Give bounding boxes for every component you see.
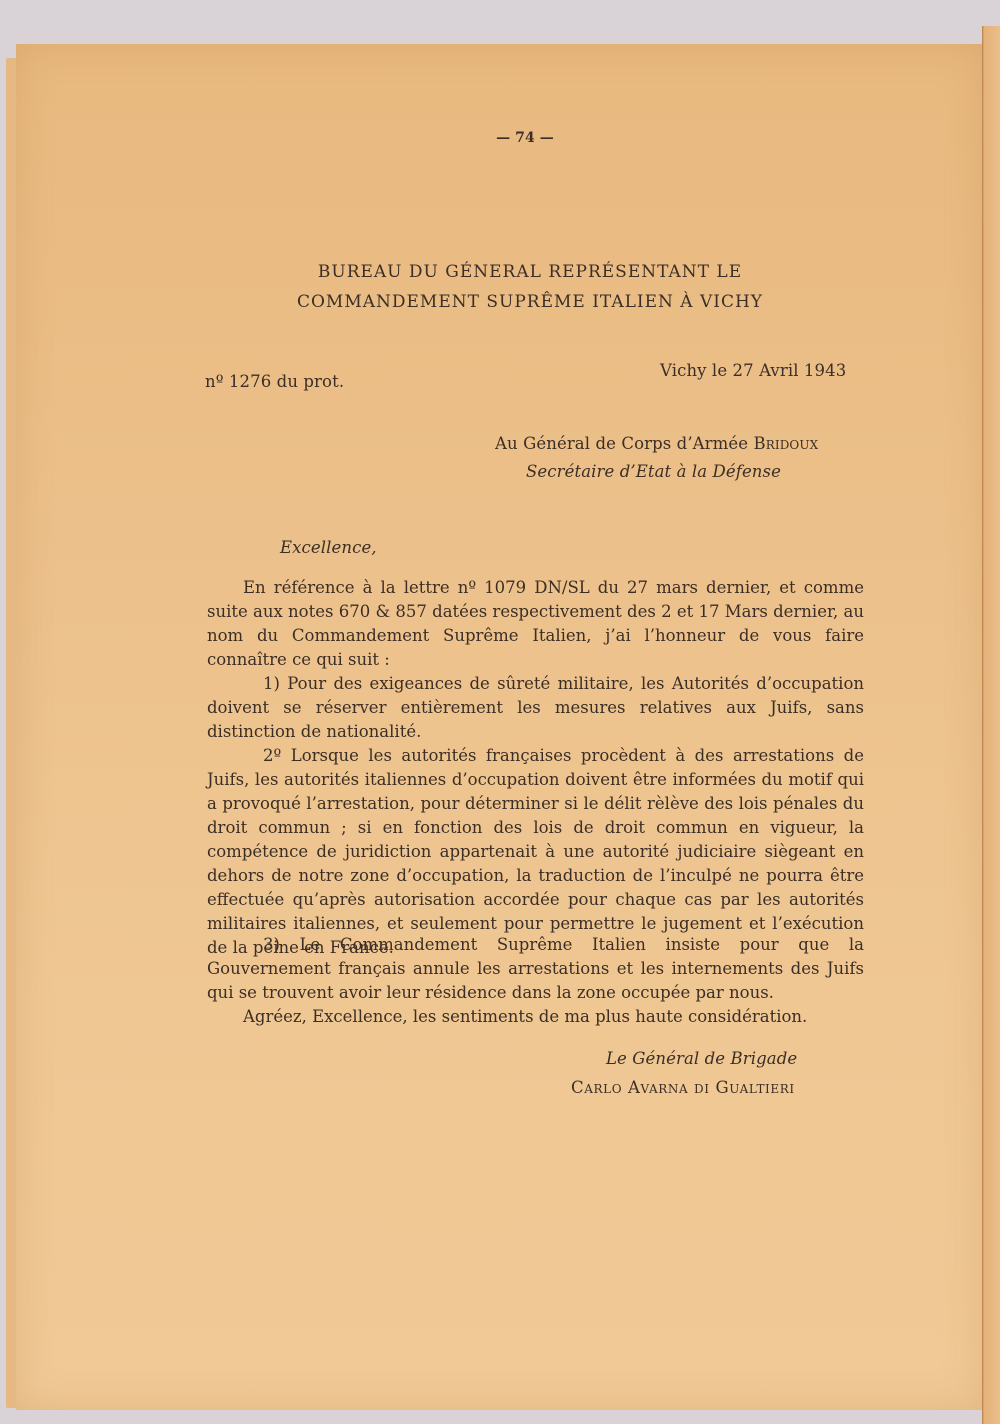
paragraph-intro-text: En référence à la lettre nº 1079 DN/SL d…: [207, 576, 864, 672]
paragraph-point-1-text: 1) Pour des exigeances de sûreté militai…: [207, 672, 864, 744]
paragraph-point-3-text: 3) Le Commandement Suprême Italien insis…: [207, 933, 864, 1005]
page-fold-edge: [982, 26, 1000, 1424]
page-number: — 74 —: [0, 130, 1000, 146]
paragraph-closing: Agréez, Excellence, les sentiments de ma…: [207, 1005, 864, 1029]
heading-line-2: COMMANDEMENT SUPRÊME ITALIEN À VICHY: [0, 292, 1000, 312]
paragraph-point-2-text: 2º Lorsque les autorités françaises proc…: [207, 744, 864, 960]
protocol-reference: nº 1276 du prot.: [205, 372, 344, 391]
signature-title: Le Général de Brigade: [606, 1049, 797, 1068]
addressee-title: Secrétaire d’Etat à la Défense: [526, 462, 781, 481]
salutation: Excellence,: [280, 538, 377, 557]
paragraph-point-3: 3) Le Commandement Suprême Italien insis…: [207, 933, 864, 1005]
paragraph-point-1: 1) Pour des exigeances de sûreté militai…: [207, 672, 864, 744]
paragraph-closing-text: Agréez, Excellence, les sentiments de ma…: [207, 1005, 864, 1029]
addressee-prefix: Au Général de Corps d’Armée: [495, 434, 754, 453]
heading-line-1: BUREAU DU GÉNERAL REPRÉSENTANT LE: [0, 262, 1000, 282]
paragraph-point-2: 2º Lorsque les autorités françaises proc…: [207, 744, 864, 960]
signature-name: Carlo Avarna di Gualtieri: [571, 1078, 795, 1097]
letter-date: Vichy le 27 Avril 1943: [660, 361, 846, 380]
addressee-line: Au Général de Corps d’Armée Bridoux: [495, 434, 818, 453]
addressee-name: Bridoux: [754, 434, 819, 453]
paragraph-intro: En référence à la lettre nº 1079 DN/SL d…: [207, 576, 864, 672]
